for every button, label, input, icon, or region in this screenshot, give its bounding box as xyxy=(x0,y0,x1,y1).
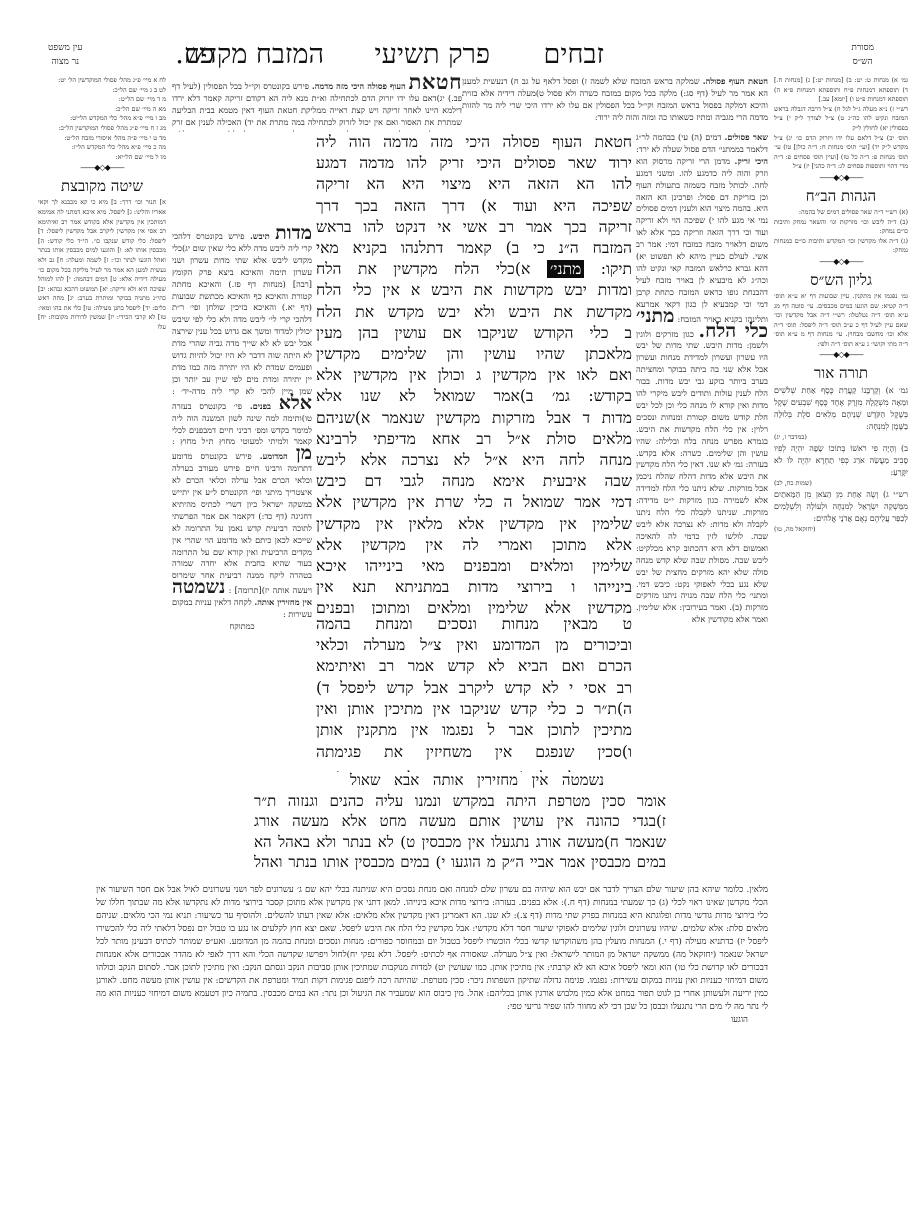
gemara-line: המזבח ה״נ כי ב) קאמר דתלנהו בקניא מאי xyxy=(316,238,632,259)
gemara-line: ה)ת״ר כ כלי קדש שניקבו אין מתיכין אותן ו… xyxy=(316,699,632,720)
gemara-line: וביכורים מן המדומע ואין צ״ל מערלה וכלאי xyxy=(316,635,632,656)
gemara-line: ואם לאו אין מקדשין ג וכולן אין מקדשין אל… xyxy=(316,365,632,386)
gemara-mishnah-start: תיקו: מתני׳ א)כלי הלח מקדשין את הלח xyxy=(316,259,632,280)
ein-mishpat-entry: מד ט י מיי׳ פ״ה מהל׳ איסורי מזבח הל״ט: xyxy=(38,134,166,144)
gemara-text-wide: נשמטה אין מחזירין אותה אבא שאול אומר סכי… xyxy=(254,770,666,882)
gemara-line: מתיכין לתוכן אבר ל נפגמו אין מתקנין אותן xyxy=(316,720,632,741)
page-header: מסורת הש״ס המזבח מקדש פרק תשיעי זבחים פח… xyxy=(0,38,914,78)
torah-or-verse: גמ׳ א) וְקָרְבָּנוֹ קַעֲרַת כֶּסֶף אַחַת… xyxy=(774,385,908,433)
ein-mishpat-entry: מה כ מיי׳ פ״א מהל׳ כלי המקדש הל״ז: xyxy=(38,143,166,153)
page-catchword: הוגעו xyxy=(96,1014,768,1027)
bottom-commentary-text: מלאין. כלומר שיהא בהן שיעור שלם הצריך לד… xyxy=(96,885,768,1012)
shita-mekubetzet-title: שיטה מקובצת xyxy=(38,176,166,196)
ein-mishpat-entry: מג ז ח מיי׳ פ״ג מהל׳ פסולי המוקדשין הל״כ… xyxy=(38,124,166,134)
gemara-line: דמי אמר שמואל ה כלי שרת אין מקדשין אלא xyxy=(316,492,632,513)
masoret-hashas-label: מסורת הש״ס xyxy=(851,41,874,69)
gemara-line: ב כלי הקודש שניקבו אם עושין בהן מעין xyxy=(316,323,632,344)
hagahot-entry: (א) רש״י ד״ה שאר פסולים דמים של בהמה: xyxy=(774,208,908,218)
ein-mishpat-entry: מב ו מיי׳ פ״א מהל׳ כלי המקדש הל״יט: xyxy=(38,114,166,124)
gemara-line: אומר סכין מטרפת היתה במקדש ונמנו עליה כה… xyxy=(254,791,666,812)
masoret-hashas-entry: גמ׳ א) מנחות ט: יט: ב) [מנחות יט:] ג) [מ… xyxy=(774,76,908,105)
shita-mekubetzet-text: א] תנור וכו׳ דרך: ב] מיא כי קא מכבנא לך … xyxy=(38,198,166,331)
gemara-line: מקדשת את היבש ולא יבש מקדש את הלח xyxy=(316,302,632,323)
ornament-divider: ——◆◇◆—— xyxy=(38,162,166,174)
tosafot-catchword: כמתוקח xyxy=(172,621,312,633)
ein-mishpat-entry: לח א מיי׳ פ״ג מהל׳ פסולי המוקדשין הל׳ יט… xyxy=(38,76,166,86)
ein-mishpat-label: עין משפט נר מצוה xyxy=(48,41,82,69)
gemara-line: מלאכתן שהיו עושין והן שלימים מקדשין xyxy=(316,344,632,365)
rashi-dibur-hamatchil: היכי זריק. xyxy=(735,156,768,166)
gemara-line: בינייהו ו בירוצי מדות במתניתא תנא אין xyxy=(316,577,632,598)
torah-or-verse: רש״י ג) וְשֶׂה אַחַת מִן הַצֹּאן מִן הַמ… xyxy=(774,489,908,525)
gemara-line: להו הא הזאה היא מיצוי היא הא זריקה xyxy=(316,174,632,195)
ein-mishpat-entry: מ ד מיי׳ שם הל״ט: xyxy=(38,95,166,105)
ein-mishpat-column: לח א מיי׳ פ״ג מהל׳ פסולי המוקדשין הל׳ יט… xyxy=(38,76,166,506)
gemara-line: מדות ד אבל מזרקות מקדשין שנאמר א)שניהם xyxy=(316,408,632,429)
ein-mishpat-entry: לט ב ג מיי׳ שם הל״כ: xyxy=(38,86,166,96)
gemara-text-lower: רב אסי י לא קדש ליקרב אבל קדש ליפסל ד) ה… xyxy=(316,678,632,770)
tosafot-dibur-hamatchil: מן xyxy=(296,442,312,464)
gemara-text-mid: ט מבאין מנחות ונסכים ומנחת בהמה וביכורים… xyxy=(316,614,632,678)
ornament-divider: ——◆◇◆—— xyxy=(774,349,908,361)
gemara-line: ז)בגדי כהונה אין עושין אותם מעשה מחט אלא… xyxy=(254,811,666,832)
gemara-line: רב אסי י לא קדש ליקרב אבל קדש ליפסל ד) xyxy=(316,678,632,699)
torah-or-ref: (במדבר ז, יג) xyxy=(774,433,908,443)
torah-or-ref: (שמות כח, לב) xyxy=(774,479,908,489)
right-margin-column: גמ׳ א) מנחות ט: יט: ב) [מנחות יט:] ג) [מ… xyxy=(774,76,908,836)
gemara-line: שבה איבעית אימא מנחה לגבי דם כיבש xyxy=(316,471,632,492)
tractate-name: זבחים xyxy=(494,38,604,72)
gemara-line: זריקה בכך אמר רב אשי אי דנקט להו בראש xyxy=(316,217,632,238)
gemara-line: בקודש: גמ׳ ב)אמר שמואל לא שנו אלא xyxy=(316,386,632,407)
gemara-line: הכרם ואם הביא לא קדש אמר רב ואיתימא xyxy=(316,656,632,677)
rashi-dibur-hamatchil: חטאת העוף פסולה. xyxy=(703,76,768,86)
bottom-commentary: מלאין. כלומר שיהא בהן שיעור שלם הצריך לד… xyxy=(96,884,768,1094)
ein-mishpat-entry: מו ל מיי׳ שם הל״יא: xyxy=(38,153,166,163)
rashi-dibur-hamatchil: שאר פסולים. xyxy=(724,132,768,142)
gemara-line: שנאמר ח)מעשה אורג נתגעלו אין מכבסין ט) ל… xyxy=(254,832,666,853)
tosafot-dibur-hamatchil: חטאת xyxy=(409,76,462,94)
hagahot-entry: (ב) ד״ה ליבש וכו׳ מזרקות וגו׳ והשאר נמחק… xyxy=(774,218,908,237)
torah-or-title: תורה אור xyxy=(774,363,908,383)
tosafot-dibur-hamatchil: נשמטה xyxy=(172,576,225,598)
tosafot-dibur-hamatchil: מדות xyxy=(275,222,312,244)
gemara-line: שלימין ומלאים ומבפנים מאי בינייהו איכא xyxy=(316,556,632,577)
gemara-line: ומדות יבש מקדשות את היבש א אין כלי הלח xyxy=(316,280,632,301)
mishnah-marker: מתני׳ xyxy=(547,260,585,278)
gemara-line: שפיכה היא ועוד א) דרך הזאה בכך דרך xyxy=(316,196,632,217)
ornament-divider: ——◆◇◆—— xyxy=(774,172,908,184)
gemara-line: שלימין אין מקדשין אלא מלאין אין מקדשין xyxy=(316,514,632,535)
gemara-line: ט מבאין מנחות ונסכים ומנחת בהמה xyxy=(316,614,632,635)
masoret-hashas-entry: רש״י ז) נ״א מעלה ג״ל לגל ח) צ״ל דרבה דגב… xyxy=(774,105,908,134)
gilyon-hashas-title: גליון הש״ס xyxy=(774,270,908,290)
gemara-line: חטאת העוף פסולה היכי מזה מדמה הוה ליה xyxy=(316,132,632,153)
rashi-top: חטאת העוף פסולה. שמלקה בראש המזבח שלא לש… xyxy=(462,76,768,132)
ein-mishpat-entry: מא ה מיי׳ שם הל״כ: xyxy=(38,105,166,115)
tosafot-column: מדות תיבש. פירש בקונטרס דלהכי קרי ליה לי… xyxy=(172,132,312,782)
perek-number: פרק תשיעי xyxy=(350,38,490,72)
torah-or-ref: (יחזקאל מה, טו) xyxy=(774,525,908,535)
masoret-hashas-entry: תוס׳ יב) צ״ל דלאם עלו ידו ויזרוק הדם כו׳… xyxy=(774,134,908,172)
gilyon-hashas-text: גמ׳ נפגמו אין מתקנין. עיין שבועות דף יא … xyxy=(774,292,908,348)
gemara-line: מלאים סולת א״ל רב אחא מדיפתי לרבינא xyxy=(316,429,632,450)
rashi-column: שאר פסולים. דמים (ה) עי) בבהמה לר״ג דלאמ… xyxy=(636,132,768,872)
tosafot-dibur-hamatchil: אלא xyxy=(279,392,312,414)
hagahot-habach-title: הגהות הב״ח xyxy=(774,186,908,206)
gemara-line: ירוד שאר פסולים היכי זריק להו מדמה דמגע xyxy=(316,153,632,174)
gemara-line: מנחה לחה היא א״ל לא נצרכה אלא ליבש xyxy=(316,450,632,471)
gemara-line: אלא מתוכן ואמרי לה אין מקדשין אלא xyxy=(316,535,632,556)
ornament-divider: ——◆◇◆—— xyxy=(774,256,908,268)
torah-or-verse: ב) וְהָיָה פִי רֹאשׁוֹ בְּתוֹכוֹ שָׂפָה … xyxy=(774,443,908,479)
tosafot-top: חטאת העוף פסולה היכי מזה מדמה. פירש בקונ… xyxy=(172,76,462,132)
gemara-line: במים מכבסין אמר אביי ה״ק מ הוגעו י) במים… xyxy=(254,852,666,873)
gemara-line: ו)סכין שנפגם אין משחיזין את פגימתה xyxy=(316,742,632,763)
hagahot-entry: (ג) ד״ה אלו מקדשין וכו׳ המקדש ותיבות כו״… xyxy=(774,237,908,256)
gemara-line: נשמטה אין מחזירין אותה אבא שאול xyxy=(254,770,666,791)
